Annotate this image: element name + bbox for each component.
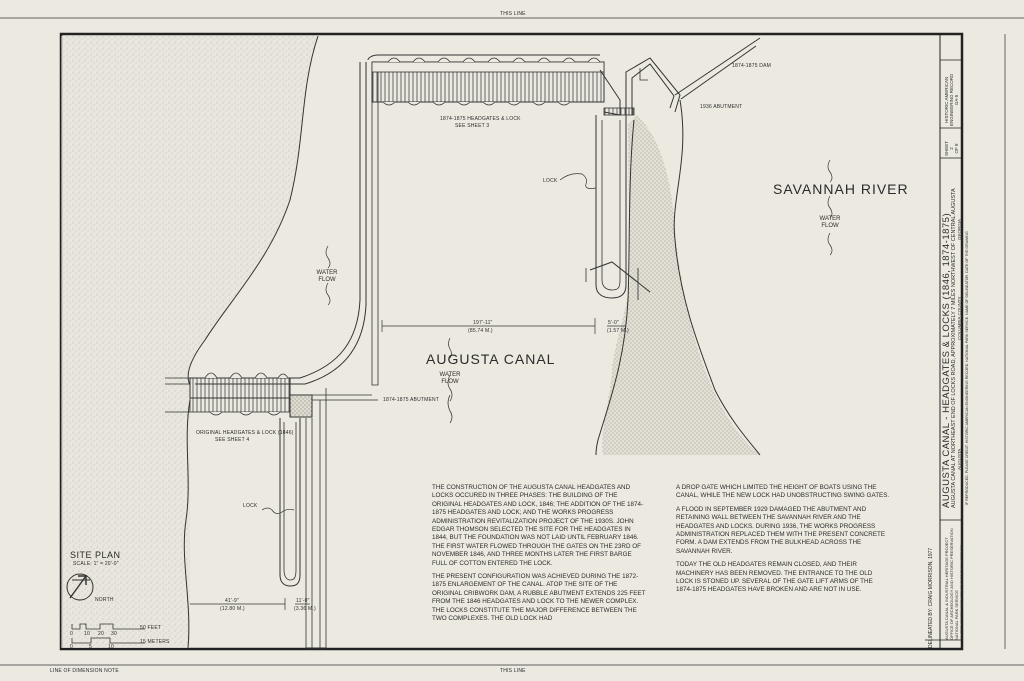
- original-headgates-label: ORIGINAL HEADGATES & LOCK (1846): [196, 430, 294, 436]
- county: COLUMBIA COUNTY: [957, 296, 962, 340]
- abutment-1874-label: 1874-1875 ABUTMENT: [383, 397, 439, 403]
- abutment-1936-label: 1936 ABUTMENT: [700, 104, 742, 110]
- water-flow-canal-label: WATER FLOW: [438, 372, 462, 386]
- scale-meters-label: 15 METERS: [140, 639, 170, 645]
- note-paragraph: THE CONSTRUCTION OF THE AUGUSTA CANAL HE…: [432, 484, 646, 568]
- canal-width-ft: 197'-11": [473, 320, 493, 326]
- footer-note: IF REPRODUCED, PLEASE CREDIT: HISTORIC A…: [965, 231, 969, 505]
- water-flow-river-label: WATER FLOW: [818, 216, 842, 230]
- notes-column-2: A DROP GATE WHICH LIMITED THE HEIGHT OF …: [676, 484, 890, 600]
- headgates-1846: [190, 378, 290, 398]
- project-credit: AUGUSTA CANAL & INDUSTRIAL HERITAGE PROJ…: [944, 528, 964, 640]
- note-paragraph: A DROP GATE WHICH LIMITED THE HEIGHT OF …: [676, 484, 890, 501]
- scale-tick: 30: [111, 631, 117, 637]
- lower-wall-ft: 11'-0": [296, 598, 310, 604]
- sheet-number-block: SHEET 2 OF 8: [944, 141, 959, 156]
- top-margin-label: THIS LINE: [500, 11, 526, 17]
- survey-block: HISTORIC AMERICAN ENGINEERING RECORD GA-…: [944, 74, 959, 126]
- scale-tick: 20: [98, 631, 104, 637]
- bottom-margin-label: THIS LINE: [500, 668, 526, 674]
- delineator-credit: DELINEATED BY: CRAIG MORRISON, 1977: [928, 548, 934, 648]
- right-wall-ft: 5'-0": [608, 320, 619, 326]
- note-paragraph: THE PRESENT CONFIGURATION WAS ACHIEVED D…: [432, 573, 646, 623]
- lower-lock-m: (12.80 M.): [220, 606, 245, 612]
- project-line: UNITED STATES DEPARTMENT OF THE INTERIOR: [959, 528, 964, 640]
- scale-tick: 0: [70, 644, 73, 650]
- bottom-left-label: LINE OF DIMENSION NOTE: [50, 668, 119, 674]
- north-label: NORTH: [95, 597, 114, 603]
- scale-tick: 0: [70, 631, 73, 637]
- scale-tick: 5: [89, 644, 92, 650]
- state: GEORGIA: [957, 219, 962, 240]
- sheet-of: OF 8: [954, 141, 959, 156]
- city: AUGUSTA: [957, 449, 962, 470]
- lower-lock-ft: 41'-9": [225, 598, 239, 604]
- river-label: SAVANNAH RIVER: [773, 181, 909, 197]
- scale-tick: 10: [84, 631, 90, 637]
- water-flow-left-label: WATER FLOW: [315, 270, 339, 284]
- note-paragraph: A FLOOD IN SEPTEMBER 1929 DAMAGED THE AB…: [676, 506, 890, 556]
- headgates-1874-ref: SEE SHEET 3: [455, 123, 489, 129]
- right-wall-m: (1.57 M.): [607, 328, 629, 334]
- scale-tick: 10: [108, 644, 114, 650]
- lower-wall-m: (3.36 M.): [294, 606, 316, 612]
- original-headgates-ref: SEE SHEET 4: [215, 437, 249, 443]
- site-plan-title: SITE PLAN: [70, 550, 121, 560]
- drawing-sheet: THIS LINE THIS LINE LINE OF DIMENSION NO…: [0, 0, 1024, 681]
- survey-number: GA-5: [954, 74, 959, 126]
- dam-label: 1874-1875 DAM: [732, 63, 771, 69]
- note-paragraph: TODAY THE OLD HEADGATES REMAIN CLOSED, A…: [676, 561, 890, 595]
- scale-feet-label: 50 FEET: [140, 625, 161, 631]
- lock-lower-label: LOCK: [243, 503, 257, 509]
- site-plan-scale: SCALE: 1" = 20'-0": [73, 561, 119, 567]
- headgates-1874-label: 1874-1875 HEADGATES & LOCK: [440, 116, 521, 122]
- canal-label: AUGUSTA CANAL: [426, 351, 555, 367]
- lock-upper-label: LOCK: [543, 178, 557, 184]
- canal-width-m: (85.74 M.): [468, 328, 493, 334]
- notes-column-1: THE CONSTRUCTION OF THE AUGUSTA CANAL HE…: [432, 484, 646, 629]
